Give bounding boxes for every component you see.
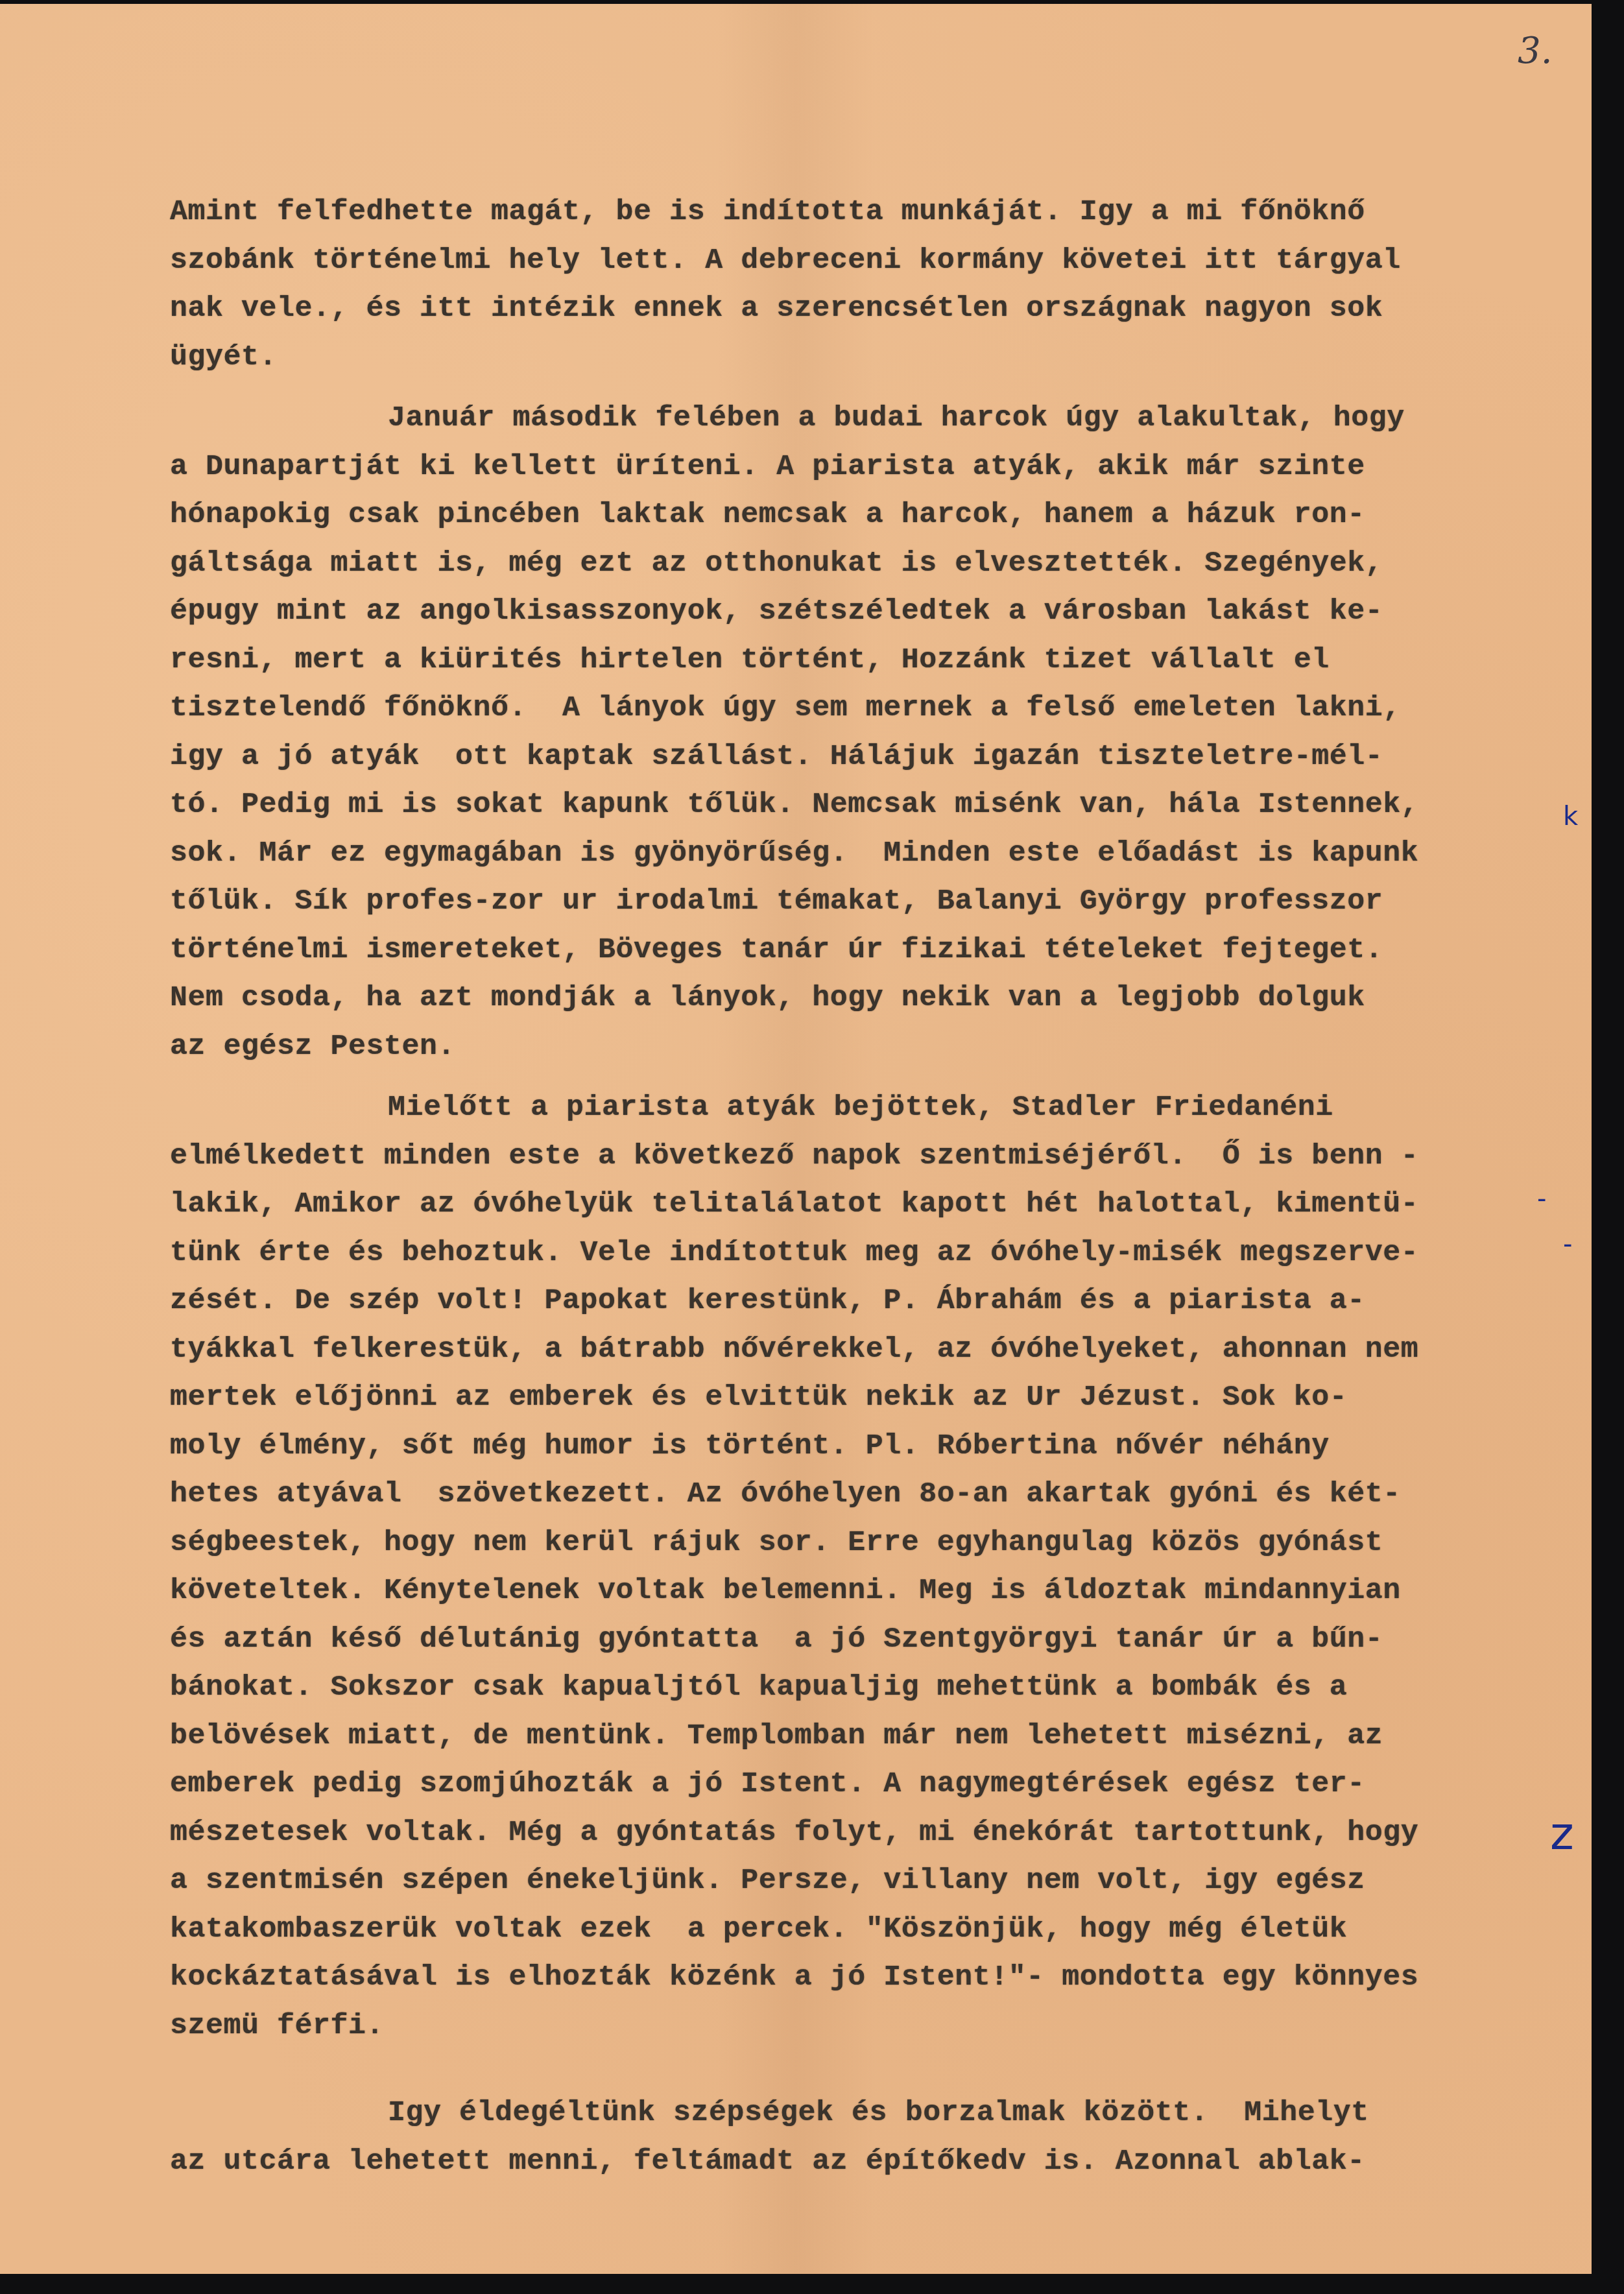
text-line: ségbeestek, hogy nem kerül rájuk sor. Er… xyxy=(170,1519,1558,1568)
text-line: tyákkal felkerestük, a bátrabb nővérekke… xyxy=(170,1326,1558,1374)
text-line: szemü férfi. xyxy=(170,2002,1558,2051)
text-line: az egész Pesten. xyxy=(170,1023,1558,1071)
text-line: elmélkedett minden este a következő napo… xyxy=(170,1132,1558,1181)
text-line: igy a jó atyák ott kaptak szállást. Hálá… xyxy=(170,733,1558,782)
text-line: mészetesek voltak. Még a gyóntatás folyt… xyxy=(170,1809,1558,1858)
text-line: moly élmény, sőt még humor is történt. P… xyxy=(170,1422,1558,1471)
text-line: és aztán késő délutánig gyóntatta a jó S… xyxy=(170,1616,1558,1664)
text-line: Amint felfedhette magát, be is indította… xyxy=(170,188,1558,237)
text-line: sok. Már ez egymagában is gyönyörűség. M… xyxy=(170,830,1558,878)
text-line: tó. Pedig mi is sokat kapunk tőlük. Nemc… xyxy=(170,781,1558,830)
correction-mark-icon: k xyxy=(1563,802,1578,831)
text-line: követeltek. Kénytelenek voltak belemenni… xyxy=(170,1567,1558,1616)
text-line: mertek előjönni az emberek és elvittük n… xyxy=(170,1374,1558,1422)
text-line: bánokat. Sokszor csak kapualjtól kapualj… xyxy=(170,1664,1558,1712)
text-line: épugy mint az angolkisasszonyok, szétszé… xyxy=(170,588,1558,636)
text-line: Igy éldegéltünk szépségek és borzalmak k… xyxy=(170,2089,1558,2138)
text-line: történelmi ismereteket, Böveges tanár úr… xyxy=(170,926,1558,975)
text-line: kockáztatásával is elhozták közénk a jó … xyxy=(170,1953,1558,2002)
text-line: Január második felében a budai harcok úg… xyxy=(170,394,1558,443)
text-line: emberek pedig szomjúhozták a jó Istent. … xyxy=(170,1760,1558,1809)
text-line: tőlük. Sík profes-zor ur irodalmi témaka… xyxy=(170,878,1558,926)
text-line: tisztelendő főnöknő. A lányok úgy sem me… xyxy=(170,684,1558,733)
page-number: 3. xyxy=(1518,30,1552,72)
text-line: az utcára lehetett menni, feltámadt az é… xyxy=(170,2138,1558,2186)
text-line: ügyét. xyxy=(170,333,1558,382)
correction-mark-icon: - xyxy=(1537,1184,1546,1214)
typewritten-text: Amint felfedhette magát, be is indította… xyxy=(170,188,1558,2186)
correction-mark-icon: z xyxy=(1550,1807,1574,1860)
text-line: a szentmisén szépen énekeljünk. Persze, … xyxy=(170,1857,1558,1906)
paragraph-1: Amint felfedhette magát, be is indította… xyxy=(170,188,1558,381)
text-line: a Dunapartját ki kellett üríteni. A piar… xyxy=(170,443,1558,492)
text-line: lakik, Amikor az óvóhelyük telitalálatot… xyxy=(170,1180,1558,1229)
paragraph-4: Igy éldegéltünk szépségek és borzalmak k… xyxy=(170,2089,1558,2186)
text-line: gáltsága miatt is, még ezt az otthonukat… xyxy=(170,540,1558,588)
text-line: szobánk történelmi hely lett. A debrecen… xyxy=(170,237,1558,285)
text-line: tünk érte és behoztuk. Vele indítottuk m… xyxy=(170,1229,1558,1278)
text-line: zését. De szép volt! Papokat kerestünk, … xyxy=(170,1277,1558,1326)
text-line: belövések miatt, de mentünk. Templomban … xyxy=(170,1712,1558,1761)
paragraph-3: Mielőtt a piarista atyák bejöttek, Stadl… xyxy=(170,1084,1558,2050)
text-line: resni, mert a kiürités hirtelen történt,… xyxy=(170,636,1558,685)
paragraph-2: Január második felében a budai harcok úg… xyxy=(170,394,1558,1071)
text-line: katakombaszerük voltak ezek a percek. "K… xyxy=(170,1906,1558,1954)
text-line: hónapokig csak pincében laktak nemcsak a… xyxy=(170,491,1558,540)
text-line: nak vele., és itt intézik ennek a szeren… xyxy=(170,285,1558,333)
text-line: hetes atyával szövetkezett. Az óvóhelyen… xyxy=(170,1470,1558,1519)
text-line: Nem csoda, ha azt mondják a lányok, hogy… xyxy=(170,974,1558,1023)
document-page: 3. Amint felfedhette magát, be is indíto… xyxy=(0,4,1592,2274)
correction-mark-icon: - xyxy=(1563,1230,1572,1260)
text-line: Mielőtt a piarista atyák bejöttek, Stadl… xyxy=(170,1084,1558,1132)
